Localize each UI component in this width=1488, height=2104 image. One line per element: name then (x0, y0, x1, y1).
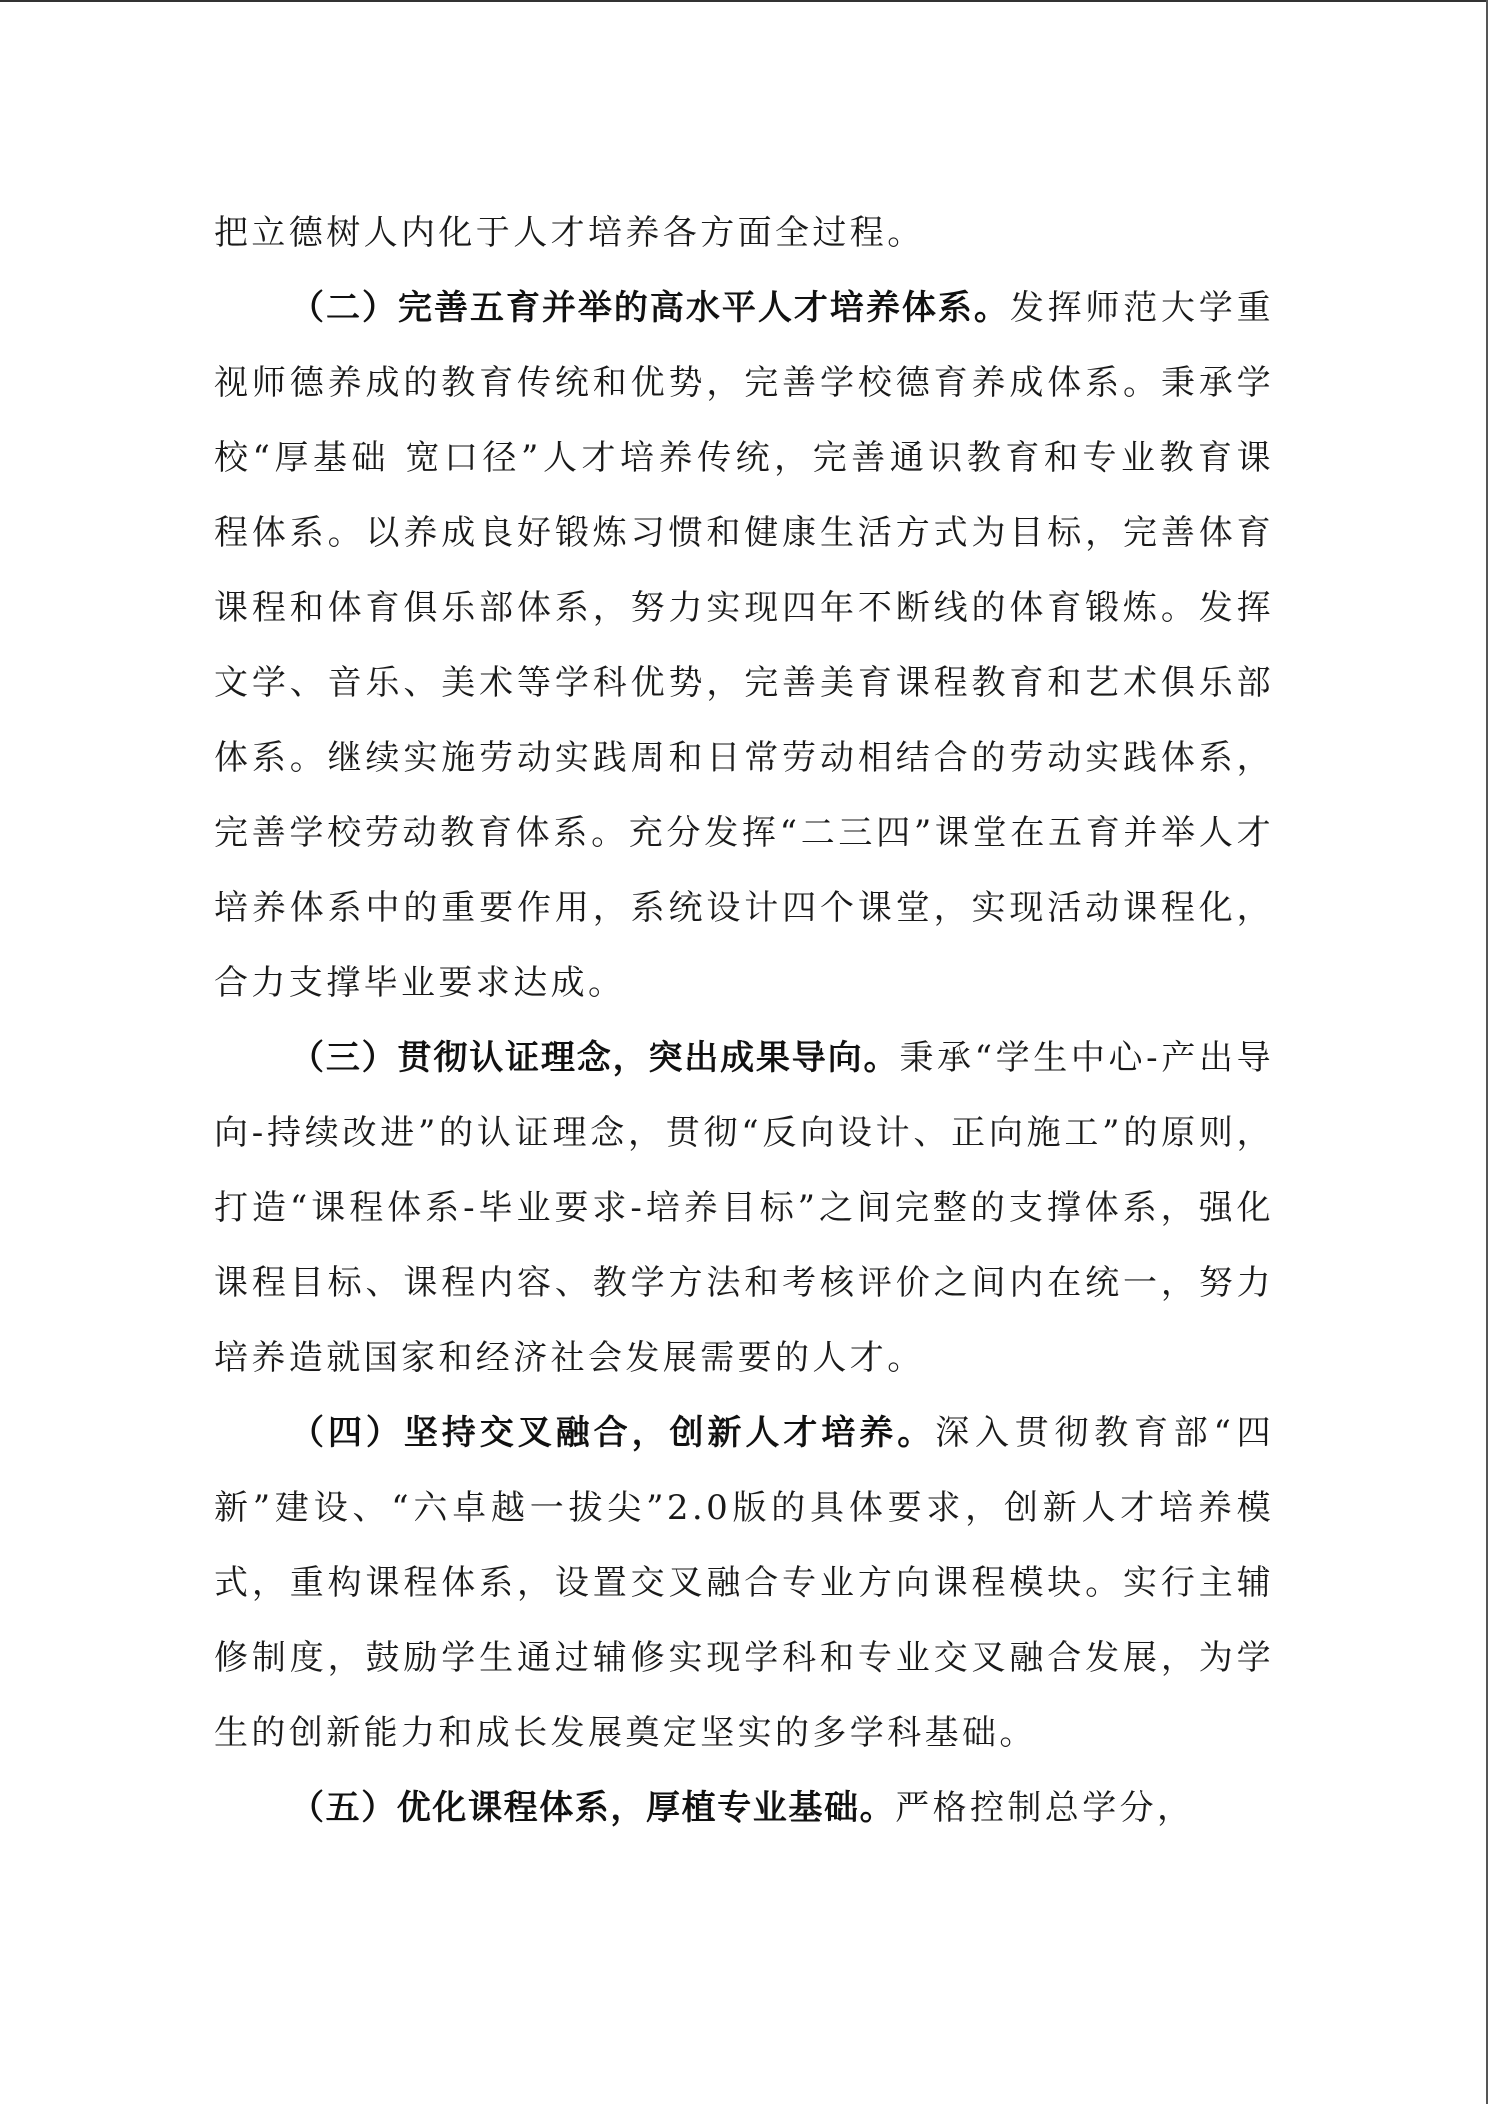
paragraph-text: 严格控制总学分， (895, 1788, 1194, 1828)
document-body: 把立德树人内化于人才培养各方面全过程。 （二）完善五育并举的高水平人才培养体系。… (214, 196, 1274, 1846)
paragraph-text: 深入贯彻教育部“四新”建设、“六卓越一拔尖”2.0版的具体要求，创新人才培养模式… (214, 1413, 1274, 1753)
paragraph-text: 发挥师范大学重视师德养成的教育传统和优势，完善学校德育养成体系。秉承学校“厚基础… (214, 288, 1274, 1003)
paragraph-section-2: （二）完善五育并举的高水平人才培养体系。发挥师范大学重视师德养成的教育传统和优势… (214, 271, 1274, 1021)
section-heading: （二）完善五育并举的高水平人才培养体系。 (290, 288, 1010, 328)
paragraph-text: 把立德树人内化于人才培养各方面全过程。 (214, 213, 925, 253)
section-heading: （三）贯彻认证理念，突出成果导向。 (290, 1038, 899, 1078)
document-page: 把立德树人内化于人才培养各方面全过程。 （二）完善五育并举的高水平人才培养体系。… (0, 0, 1488, 2104)
paragraph-section-4: （四）坚持交叉融合，创新人才培养。深入贯彻教育部“四新”建设、“六卓越一拔尖”2… (214, 1396, 1274, 1771)
paragraph-section-5: （五）优化课程体系，厚植专业基础。严格控制总学分， (214, 1771, 1274, 1846)
paragraph-text: 秉承“学生中心-产出导向-持续改进”的认证理念，贯彻“反向设计、正向施工”的原则… (214, 1038, 1274, 1378)
paragraph-continuation: 把立德树人内化于人才培养各方面全过程。 (214, 196, 1274, 271)
paragraph-section-3: （三）贯彻认证理念，突出成果导向。秉承“学生中心-产出导向-持续改进”的认证理念… (214, 1021, 1274, 1396)
section-heading: （四）坚持交叉融合，创新人才培养。 (290, 1413, 935, 1453)
section-heading: （五）优化课程体系，厚植专业基础。 (290, 1788, 895, 1828)
page-border-top (0, 0, 1488, 2)
